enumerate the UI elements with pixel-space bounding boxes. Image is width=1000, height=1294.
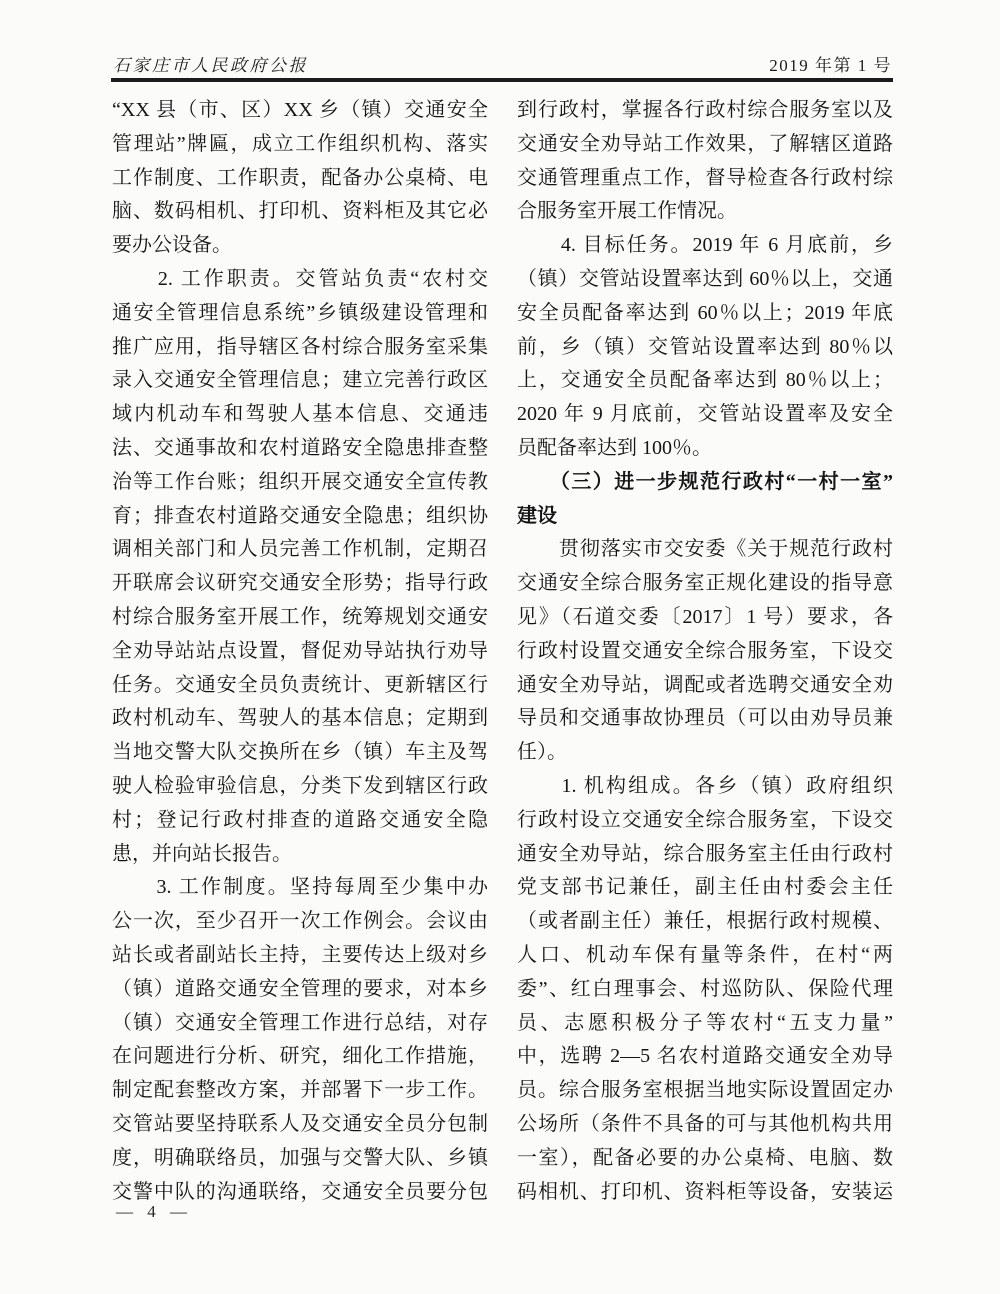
text-line: （镇）交通安全管理工作进行总结，对存 — [112, 1007, 488, 1041]
text-line: 行政村设置交通安全综合服务室，下设交 — [517, 635, 893, 669]
text-line: 村综合服务室开展工作，统筹规划交通安 — [112, 601, 488, 635]
text-line: 人口、机动车保有量等条件，在村“两 — [517, 939, 893, 973]
issue-number: 2019 年第 1 号 — [769, 51, 892, 76]
text-line: 通安全劝导站，综合服务室主任由行政村 — [517, 838, 893, 872]
left-column: “XX 县（市、区）XX 乡（镇）交通安全管理站”牌匾，成立工作组织机构、落实工… — [112, 94, 488, 1209]
text-line: 推广应用，指导辖区各村综合服务室采集 — [112, 331, 488, 365]
text-line: 1. 机构组成。各乡（镇）政府组织 — [517, 770, 893, 804]
text-line: 交通安全综合服务室正规化建设的指导意 — [517, 567, 893, 601]
text-line: 调相关部门和人员完善工作机制，定期召 — [112, 533, 488, 567]
text-line: 2. 工作职责。交管站负责“农村交 — [112, 263, 488, 297]
header-divider — [111, 78, 893, 82]
text-line: 驶人检验审验信息，分类下发到辖区行政 — [112, 770, 488, 804]
document-body: “XX 县（市、区）XX 乡（镇）交通安全管理站”牌匾，成立工作组织机构、落实工… — [112, 94, 893, 1209]
text-line: 任务。交通安全员负责统计、更新辖区行 — [112, 669, 488, 703]
text-line: 政村机动车、驾驶人的基本信息；定期到 — [112, 702, 488, 736]
text-line: 育；排查农村道路交通安全隐患；组织协 — [112, 500, 488, 534]
text-line: 码相机、打印机、资料柜等设备，安装运 — [517, 1176, 893, 1210]
text-line: 患，并向站长报告。 — [112, 838, 488, 872]
text-line: 中，选聘 2—5 名农村道路交通安全劝导 — [517, 1040, 893, 1074]
gazette-title: 石家庄市人民政府公报 — [113, 51, 308, 76]
text-line: 录入交通安全管理信息；建立完善行政区 — [112, 364, 488, 398]
text-line: 域内机动车和驾驶人基本信息、交通违 — [112, 398, 488, 432]
text-line: 员配备率达到 100％。 — [517, 432, 893, 466]
text-line: 交通管理重点工作，督导检查各行政村综 — [517, 162, 893, 196]
text-line: 在问题进行分析、研究，细化工作措施， — [112, 1040, 488, 1074]
text-line: 一室），配备必要的办公桌椅、电脑、数 — [517, 1142, 893, 1176]
text-line: （三）进一步规范行政村“一村一室” — [517, 466, 893, 500]
text-line: 工作制度、工作职责，配备办公桌椅、电 — [112, 162, 488, 196]
text-line: （镇）道路交通安全管理的要求，对本乡 — [112, 973, 488, 1007]
text-line: “XX 县（市、区）XX 乡（镇）交通安全 — [112, 94, 488, 128]
text-line: 行政村设立交通安全综合服务室，下设交 — [517, 804, 893, 838]
text-line: 通安全管理信息系统”乡镇级建设管理和 — [112, 297, 488, 331]
text-line: 治等工作台账；组织开展交通安全宣传教 — [112, 466, 488, 500]
text-line: 公一次，至少召开一次工作例会。会议由 — [112, 905, 488, 939]
text-line: 导员和交通事故协理员（可以由劝导员兼 — [517, 702, 893, 736]
text-line: 建设 — [517, 500, 893, 534]
text-line: 脑、数码相机、打印机、资料柜及其它必 — [112, 195, 488, 229]
text-line: 2020 年 9 月底前，交管站设置率及安全 — [517, 398, 893, 432]
gazette-page: 石家庄市人民政府公报 2019 年第 1 号 “XX 县（市、区）XX 乡（镇）… — [0, 0, 1000, 1294]
text-line: 党支部书记兼任，副主任由村委会主任 — [517, 871, 893, 905]
text-line: 全劝导站站点设置，督促劝导站执行劝导 — [112, 635, 488, 669]
page-number: — 4 — — [116, 1202, 192, 1222]
text-line: （或者副主任）兼任，根据行政村规模、 — [517, 905, 893, 939]
text-line: 交管站要坚持联系人及交通安全员分包制 — [112, 1108, 488, 1142]
right-column: 到行政村，掌握各行政村综合服务室以及交通安全劝导站工作效果，了解辖区道路交通管理… — [517, 94, 893, 1209]
text-line: 制定配套整改方案，并部署下一步工作。 — [112, 1074, 488, 1108]
text-line: 上，交通安全员配备率达到 80％以上； — [517, 364, 893, 398]
text-line: 管理站”牌匾，成立工作组织机构、落实 — [112, 128, 488, 162]
text-line: 当地交警大队交换所在乡（镇）车主及驾 — [112, 736, 488, 770]
text-line: 村；登记行政村排查的道路交通安全隐 — [112, 804, 488, 838]
text-line: （镇）交管站设置率达到 60％以上，交通 — [517, 263, 893, 297]
text-line: 到行政村，掌握各行政村综合服务室以及 — [517, 94, 893, 128]
text-line: 安全员配备率达到 60％以上；2019 年底 — [517, 297, 893, 331]
text-line: 前，乡（镇）交管站设置率达到 80％以 — [517, 331, 893, 365]
text-line: 4. 目标任务。2019 年 6 月底前，乡 — [517, 229, 893, 263]
text-line: 交通安全劝导站工作效果，了解辖区道路 — [517, 128, 893, 162]
text-line: 合服务室开展工作情况。 — [517, 195, 893, 229]
text-line: 委”、红白理事会、村巡防队、保险代理 — [517, 973, 893, 1007]
text-line: 开联席会议研究交通安全形势；指导行政 — [112, 567, 488, 601]
text-line: 站长或者副站长主持，主要传达上级对乡 — [112, 939, 488, 973]
text-line: 员。综合服务室根据当地实际设置固定办 — [517, 1074, 893, 1108]
text-line: 3. 工作制度。坚持每周至少集中办 — [112, 871, 488, 905]
text-line: 见》（石道交委〔2017〕1 号）要求，各 — [517, 601, 893, 635]
text-line: 要办公设备。 — [112, 229, 488, 263]
text-line: 贯彻落实市交安委《关于规范行政村 — [517, 533, 893, 567]
text-line: 通安全劝导站，调配或者选聘交通安全劝 — [517, 669, 893, 703]
text-line: 公场所（条件不具备的可与其他机构共用 — [517, 1108, 893, 1142]
text-line: 度，明确联络员，加强与交警大队、乡镇 — [112, 1142, 488, 1176]
text-line: 任）。 — [517, 736, 893, 770]
text-line: 法、交通事故和农村道路安全隐患排查整 — [112, 432, 488, 466]
text-line: 员、志愿积极分子等农村“五支力量” — [517, 1007, 893, 1041]
